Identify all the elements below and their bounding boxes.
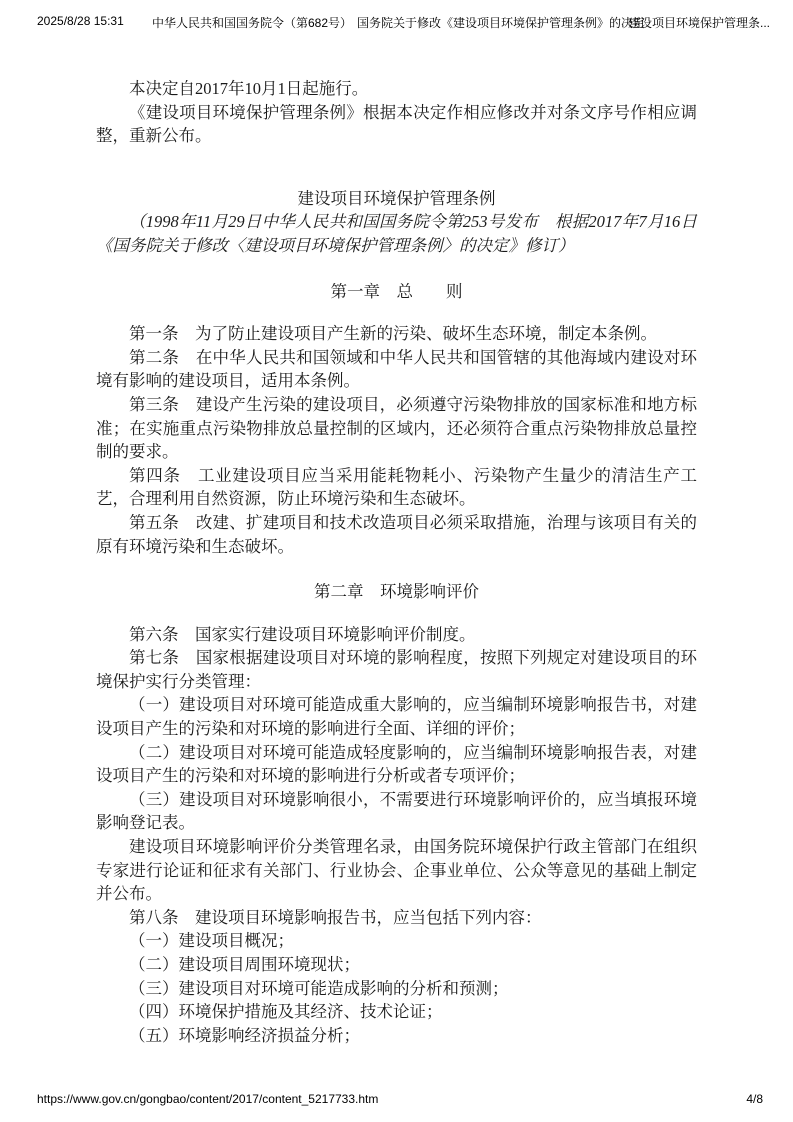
footer-source-url: https://www.gov.cn/gongbao/content/2017/… — [37, 1092, 378, 1106]
print-footer: https://www.gov.cn/gongbao/content/2017/… — [0, 1092, 793, 1108]
header-doc-title-part2: 国务院关于修改《建设项目环境保护管理条例》的决定 — [357, 14, 645, 31]
list-item-paragraph: （一）建设项目对环境可能造成重大影响的，应当编制环境影响报告书，对建设项目产生的… — [96, 693, 697, 740]
intro-paragraph: 本决定自2017年10月1日起施行。 — [96, 77, 697, 101]
regulation-title: 建设项目环境保护管理条例 — [96, 187, 697, 211]
header-doc-title-part1: 中华人民共和国国务院令（第682号） — [152, 14, 352, 31]
article-paragraph: 第四条 工业建设项目应当采用能耗物耗小、污染物产生量少的清洁生产工艺，合理利用自… — [96, 464, 697, 511]
article-paragraph: 第六条 国家实行建设项目环境影响评价制度。 — [96, 623, 697, 647]
document-body: 本决定自2017年10月1日起施行。 《建设项目环境保护管理条例》根据本决定作相… — [96, 77, 697, 1047]
article-paragraph: 第五条 改建、扩建项目和技术改造项目必须采取措施，治理与该项目有关的原有环境污染… — [96, 511, 697, 558]
print-datetime: 2025/8/28 15:31 — [37, 14, 124, 28]
article-paragraph: 建设项目环境影响评价分类管理名录，由国务院环境保护行政主管部门在组织专家进行论证… — [96, 835, 697, 906]
header-doc-title-part3-truncated: 建设项目环境保护管理条... — [628, 14, 770, 31]
article-paragraph: 第一条 为了防止建设项目产生新的污染、破坏生态环境，制定本条例。 — [96, 322, 697, 346]
list-item-paragraph: （一）建设项目概况； — [96, 929, 697, 953]
print-preview-page: 2025/8/28 15:31 中华人民共和国国务院令（第682号） 国务院关于… — [0, 0, 793, 1122]
print-header: 2025/8/28 15:31 中华人民共和国国务院令（第682号） 国务院关于… — [0, 14, 793, 30]
promulgation-note: （1998年11月29日中华人民共和国国务院令第253号发布 根据2017年7月… — [96, 210, 697, 257]
article-paragraph: 第八条 建设项目环境影响报告书，应当包括下列内容： — [96, 906, 697, 930]
list-item-paragraph: （五）环境影响经济损益分析； — [96, 1024, 697, 1048]
intro-paragraph: 《建设项目环境保护管理条例》根据本决定作相应修改并对条文序号作相应调整，重新公布… — [96, 101, 697, 148]
article-paragraph: 第七条 国家根据建设项目对环境的影响程度，按照下列规定对建设项目的环境保护实行分… — [96, 646, 697, 693]
page-number: 4/8 — [746, 1092, 763, 1106]
chapter-1-heading: 第一章 总 则 — [96, 280, 697, 304]
list-item-paragraph: （二）建设项目周围环境现状； — [96, 953, 697, 977]
list-item-paragraph: （四）环境保护措施及其经济、技术论证； — [96, 1000, 697, 1024]
article-paragraph: 第三条 建设产生污染的建设项目，必须遵守污染物排放的国家标准和地方标准；在实施重… — [96, 393, 697, 464]
article-paragraph: 第二条 在中华人民共和国领域和中华人民共和国管辖的其他海域内建设对环境有影响的建… — [96, 346, 697, 393]
chapter-2-heading: 第二章 环境影响评价 — [96, 580, 697, 604]
list-item-paragraph: （三）建设项目对环境可能造成影响的分析和预测； — [96, 977, 697, 1001]
list-item-paragraph: （三）建设项目对环境影响很小，不需要进行环境影响评价的，应当填报环境影响登记表。 — [96, 788, 697, 835]
list-item-paragraph: （二）建设项目对环境可能造成轻度影响的，应当编制环境影响报告表，对建设项目产生的… — [96, 741, 697, 788]
